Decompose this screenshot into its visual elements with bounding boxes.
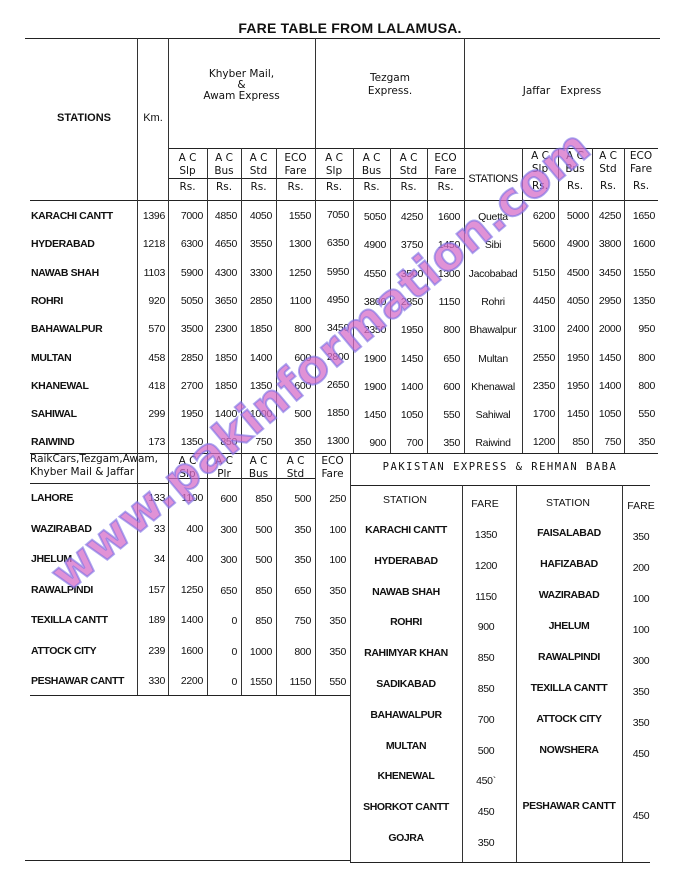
pe-station-right: WAZIRABAD xyxy=(516,589,622,601)
class-header-line: A C xyxy=(315,152,353,165)
currency-label: Rs. xyxy=(241,181,276,194)
khyber-mail-header: Khyber Mail, & Awam Express xyxy=(170,68,313,103)
currency-label: Rs. xyxy=(592,180,624,193)
north-fare: 500 xyxy=(241,524,272,536)
north-class-header: A CStd xyxy=(276,455,315,481)
khyber-fare: 1950 xyxy=(168,408,203,420)
jaffar-station: Raiwind xyxy=(464,437,522,449)
tezgam-fare: 7050 xyxy=(315,209,349,221)
tezgam-fare: 1050 xyxy=(390,409,423,421)
header-line: Express. xyxy=(315,85,465,98)
header-line: & xyxy=(170,81,313,90)
tezgam-fare: 4900 xyxy=(353,239,386,251)
km-value: 458 xyxy=(137,352,165,364)
jaffar-fare: 1550 xyxy=(624,267,655,279)
north-fare: 350 xyxy=(315,615,346,627)
tezgam-fare: 1600 xyxy=(427,211,460,223)
pe-station-left: BAHAWALPUR xyxy=(350,709,462,721)
currency-label: Rs. xyxy=(624,180,658,193)
jaffar-fare: 5000 xyxy=(558,210,589,222)
khyber-fare: 1400 xyxy=(207,408,237,420)
jaffar-fare: 4050 xyxy=(558,295,589,307)
km-value: 33 xyxy=(137,523,165,535)
pe-fare-left: 1200 xyxy=(462,560,510,572)
km-value: 133 xyxy=(137,492,165,504)
pe-fare-left: 1150 xyxy=(462,591,510,603)
tezgam-fare: 4950 xyxy=(315,294,349,306)
khyber-fare: 1000 xyxy=(241,408,272,420)
jaffar-fare: 2950 xyxy=(592,295,621,307)
table-row: ATTOCK CITY239160001000800350 xyxy=(0,645,350,665)
khyber-fare: 1350 xyxy=(168,436,203,448)
khyber-fare: 3500 xyxy=(168,323,203,335)
horizontal-rule xyxy=(350,485,650,486)
north-fare: 1250 xyxy=(168,584,203,596)
pe-station-right: TEXILLA CANTT xyxy=(516,682,622,694)
north-fare: 300 xyxy=(207,554,237,566)
khyber-fare: 1850 xyxy=(241,323,272,335)
pe-station-left: GOJRA xyxy=(350,832,462,844)
khyber-fare: 4850 xyxy=(207,210,237,222)
table-row: KHANEWAL41827001850135060026501900140060… xyxy=(0,380,700,400)
khyber-fare: 1550 xyxy=(276,210,311,222)
pakistan-express-header: PAKISTAN EXPRESS & REHMAN BABA xyxy=(350,461,650,473)
station-name: HYDERABAD xyxy=(31,238,95,250)
khyber-fare: 4650 xyxy=(207,238,237,250)
north-fare: 1600 xyxy=(168,645,203,657)
class-header-line: Bus xyxy=(207,165,241,178)
class-header-line: Bus xyxy=(558,163,592,176)
north-fare: 1150 xyxy=(276,676,311,688)
class-header: ECOFare xyxy=(276,152,315,178)
class-header-line: A C xyxy=(522,150,558,163)
pe-station-right: HAFIZABAD xyxy=(516,558,622,570)
class-header: ECOFare xyxy=(624,150,658,176)
stations-header: STATIONS xyxy=(40,112,128,124)
tezgam-fare: 5950 xyxy=(315,266,349,278)
khyber-fare: 3550 xyxy=(241,238,272,250)
jaffar-station: Quetta xyxy=(464,211,522,223)
tezgam-fare: 3800 xyxy=(353,296,386,308)
khyber-fare: 1850 xyxy=(207,352,237,364)
khyber-fare: 2850 xyxy=(168,352,203,364)
north-fare: 800 xyxy=(276,646,311,658)
currency-label: Rs. xyxy=(315,181,353,194)
currency-label: Rs. xyxy=(390,181,427,194)
pe-station-right: NOWSHERA xyxy=(516,744,622,756)
tezgam-fare: 1450 xyxy=(427,239,460,251)
class-header-line: ECO xyxy=(315,455,350,468)
jaffar-fare: 2400 xyxy=(558,323,589,335)
pe-fare-right: 350 xyxy=(622,717,660,729)
class-header: A CSlp xyxy=(315,152,353,178)
km-value: 157 xyxy=(137,584,165,596)
tezgam-fare: 3750 xyxy=(390,239,423,251)
khyber-fare: 600 xyxy=(276,380,311,392)
pe-fare-left: 1350 xyxy=(462,529,510,541)
pe-station-left: HYDERABAD xyxy=(350,555,462,567)
jaffar-station: Rohri xyxy=(464,296,522,308)
north-fare: 650 xyxy=(207,585,237,597)
jaffar-station: Multan xyxy=(464,353,522,365)
class-header-line: Slp xyxy=(168,165,207,178)
tezgam-fare: 700 xyxy=(390,437,423,449)
pe-station-header-left: STATION xyxy=(350,494,460,506)
station-name: JHELUM xyxy=(31,553,72,565)
jaffar-fare: 1600 xyxy=(624,238,655,250)
pe-station-left: NAWAB SHAH xyxy=(350,586,462,598)
jaffar-fare: 1650 xyxy=(624,210,655,222)
station-name: MULTAN xyxy=(31,352,71,364)
jaffar-fare: 1400 xyxy=(592,380,621,392)
tezgam-fare: 900 xyxy=(353,437,386,449)
table-row: TEXILLA CANTT18914000850750350 xyxy=(0,614,350,634)
khyber-fare: 1400 xyxy=(241,352,272,364)
currency-label: Rs. xyxy=(276,181,315,194)
jaffar-fare: 4250 xyxy=(592,210,621,222)
km-value: 34 xyxy=(137,553,165,565)
header-line: Khyber Mail & Jaffar xyxy=(30,466,190,479)
km-value: 299 xyxy=(137,408,165,420)
table-row: HYDERABAD1218630046503550130063504900375… xyxy=(0,238,700,258)
north-fare: 350 xyxy=(315,585,346,597)
north-fare: 0 xyxy=(207,615,237,627)
table-row: LAHORE1331100600850500250 xyxy=(0,492,350,512)
class-header-line: A C xyxy=(558,150,592,163)
pe-station-header-right: STATION xyxy=(515,497,621,509)
horizontal-rule xyxy=(25,860,350,861)
khyber-fare: 4050 xyxy=(241,210,272,222)
class-header: A CBus xyxy=(207,152,241,178)
km-value: 570 xyxy=(137,323,165,335)
table-row: RAWALPINDI1571250650850650350 xyxy=(0,584,350,604)
north-fare: 0 xyxy=(207,646,237,658)
class-header-line: Slp xyxy=(315,165,353,178)
khyber-fare: 2300 xyxy=(207,323,237,335)
station-name: RAWALPINDI xyxy=(31,584,93,596)
khyber-fare: 2850 xyxy=(241,295,272,307)
table-row: PESHAWAR CANTT3302200015501150550 xyxy=(0,675,350,695)
table-row: BAHAWALPUR570350023001850800345023501950… xyxy=(0,323,700,343)
tezgam-fare: 1400 xyxy=(390,381,423,393)
north-fare: 400 xyxy=(168,523,203,535)
north-class-header: ECOFare xyxy=(315,455,350,481)
jaffar-station: Jacobabad xyxy=(464,268,522,280)
station-name: PESHAWAR CANTT xyxy=(31,675,124,687)
horizontal-rule xyxy=(25,38,660,39)
jaffar-station: Bhawalpur xyxy=(464,324,522,336)
khyber-fare: 5050 xyxy=(168,295,203,307)
station-name: LAHORE xyxy=(31,492,73,504)
pe-station-right: JHELUM xyxy=(516,620,622,632)
pe-fare-left: 700 xyxy=(462,714,510,726)
km-header: Km. xyxy=(138,112,168,124)
station-name: KARACHI CANTT xyxy=(31,210,113,222)
currency-label: Rs. xyxy=(522,180,558,193)
class-header-line: Fare xyxy=(427,165,464,178)
north-fare: 550 xyxy=(315,676,346,688)
khyber-fare: 750 xyxy=(241,436,272,448)
station-name: KHANEWAL xyxy=(31,380,88,392)
pe-fare-left: 850 xyxy=(462,652,510,664)
pe-fare-right: 300 xyxy=(622,655,660,667)
jaffar-fare: 550 xyxy=(624,408,655,420)
khyber-fare: 5900 xyxy=(168,267,203,279)
khyber-fare: 350 xyxy=(276,436,311,448)
class-header-line: A C xyxy=(168,455,207,468)
tezgam-fare: 800 xyxy=(427,324,460,336)
horizontal-rule xyxy=(30,200,658,201)
table-row: SAHIWAL299195014001000500185014501050550… xyxy=(0,408,700,428)
jaffar-fare: 750 xyxy=(592,436,621,448)
north-table-header: RaikCars,Tezgam,Awam, Khyber Mail & Jaff… xyxy=(30,453,190,479)
jaffar-fare: 4500 xyxy=(558,267,589,279)
tezgam-fare: 6350 xyxy=(315,237,349,249)
jaffar-fare: 1450 xyxy=(558,408,589,420)
tezgam-fare: 1450 xyxy=(353,409,386,421)
pe-fare-left: 450 xyxy=(462,806,510,818)
jaffar-fare: 3800 xyxy=(592,238,621,250)
tezgam-fare: 2850 xyxy=(390,296,423,308)
class-header-line: A C xyxy=(207,152,241,165)
jaffar-fare: 2550 xyxy=(522,352,555,364)
jaffar-fare: 350 xyxy=(624,436,655,448)
jaffar-fare: 5150 xyxy=(522,267,555,279)
class-header-line: Std xyxy=(241,165,276,178)
class-header-line: Plr xyxy=(207,468,241,481)
currency-label: Rs. xyxy=(168,181,207,194)
class-header-line: ECO xyxy=(427,152,464,165)
khyber-fare: 7000 xyxy=(168,210,203,222)
north-fare: 400 xyxy=(168,553,203,565)
north-fare: 300 xyxy=(207,524,237,536)
jaffar-fare: 800 xyxy=(624,380,655,392)
class-header: A CBus xyxy=(558,150,592,176)
khyber-fare: 6300 xyxy=(168,238,203,250)
km-value: 1103 xyxy=(137,267,165,279)
class-header-line: Fare xyxy=(624,163,658,176)
station-name: NAWAB SHAH xyxy=(31,267,99,279)
jaffar-fare: 4450 xyxy=(522,295,555,307)
khyber-fare: 3300 xyxy=(241,267,272,279)
khyber-fare: 500 xyxy=(276,408,311,420)
station-name: RAIWIND xyxy=(31,436,74,448)
jaffar-fare: 1950 xyxy=(558,380,589,392)
khyber-fare: 1850 xyxy=(207,380,237,392)
north-class-header: A CSlp xyxy=(168,455,207,481)
jaffar-fare: 1950 xyxy=(558,352,589,364)
north-fare: 850 xyxy=(241,493,272,505)
pe-fare-left: 900 xyxy=(462,621,510,633)
tezgam-fare: 3450 xyxy=(315,322,349,334)
class-header: A CBus xyxy=(353,152,390,178)
north-fare: 350 xyxy=(276,524,311,536)
km-value: 920 xyxy=(137,295,165,307)
class-header-line: A C xyxy=(276,455,315,468)
station-name: WAZIRABAD xyxy=(31,523,92,535)
tezgam-fare: 1450 xyxy=(390,353,423,365)
pe-station-left: MULTAN xyxy=(350,740,462,752)
class-header: A CStd xyxy=(241,152,276,178)
jaffar-fare: 3100 xyxy=(522,323,555,335)
jaffar-fare: 6200 xyxy=(522,210,555,222)
class-header-line: Fare xyxy=(315,468,350,481)
km-value: 189 xyxy=(137,614,165,626)
class-header-line: Bus xyxy=(353,165,390,178)
class-header-line: A C xyxy=(241,455,276,468)
tezgam-fare: 1300 xyxy=(315,435,349,447)
station-name: SAHIWAL xyxy=(31,408,77,420)
tezgam-fare: 3500 xyxy=(390,268,423,280)
north-fare: 1100 xyxy=(168,492,203,504)
tezgam-fare: 600 xyxy=(427,381,460,393)
jaffar-fare: 2000 xyxy=(592,323,621,335)
north-class-header: A CBus xyxy=(241,455,276,481)
km-value: 1396 xyxy=(137,210,165,222)
pe-fare-header-left: FARE xyxy=(462,498,508,510)
class-header-line: Bus xyxy=(241,468,276,481)
khyber-fare: 1350 xyxy=(241,380,272,392)
class-header-line: A C xyxy=(390,152,427,165)
jaffar-fare: 1350 xyxy=(624,295,655,307)
table-row: JHELUM34400300500350100 xyxy=(0,553,350,573)
km-value: 418 xyxy=(137,380,165,392)
class-header-line: Std xyxy=(592,163,624,176)
tezgam-fare: 1150 xyxy=(427,296,460,308)
station-name: BAHAWALPUR xyxy=(31,323,102,335)
jaffar-header: Jaffar Express xyxy=(467,85,657,98)
khyber-fare: 800 xyxy=(276,323,311,335)
currency-label: Rs. xyxy=(427,181,464,194)
class-header: A CStd xyxy=(592,150,624,176)
khyber-fare: 850 xyxy=(207,436,237,448)
north-fare: 250 xyxy=(315,493,346,505)
tezgam-fare: 550 xyxy=(427,409,460,421)
class-header-line: ECO xyxy=(276,152,315,165)
tezgam-fare: 350 xyxy=(427,437,460,449)
north-fare: 1400 xyxy=(168,614,203,626)
pe-fare-left: 850 xyxy=(462,683,510,695)
tezgam-fare: 1900 xyxy=(353,353,386,365)
tezgam-fare: 2350 xyxy=(353,324,386,336)
class-header-line: Slp xyxy=(168,468,207,481)
horizontal-rule xyxy=(30,695,350,696)
khyber-fare: 4300 xyxy=(207,267,237,279)
pe-station-left: ROHRI xyxy=(350,616,462,628)
tezgam-fare: 1850 xyxy=(315,407,349,419)
table-row: MULTAN458285018501400600280019001450650M… xyxy=(0,352,700,372)
pe-station-right: PESHAWAR CANTT xyxy=(516,800,622,812)
table-row: ROHRI92050503650285011004950380028501150… xyxy=(0,295,700,315)
km-value: 239 xyxy=(137,645,165,657)
khyber-fare: 1100 xyxy=(276,295,311,307)
station-name: ROHRI xyxy=(31,295,63,307)
pe-station-left: KHENEWAL xyxy=(350,770,462,782)
km-value: 1218 xyxy=(137,238,165,250)
north-fare: 350 xyxy=(276,554,311,566)
pe-fare-left: 350 xyxy=(462,837,510,849)
class-header-line: A C xyxy=(592,150,624,163)
pe-fare-right: 100 xyxy=(622,624,660,636)
class-header: ECOFare xyxy=(427,152,464,178)
jaffar-fare: 1200 xyxy=(522,436,555,448)
table-row: WAZIRABAD33400300500350100 xyxy=(0,523,350,543)
jaffar-station: Khenawal xyxy=(464,381,522,393)
km-value: 173 xyxy=(137,436,165,448)
north-fare: 1000 xyxy=(241,646,272,658)
table-row: KARACHI CANTT139670004850405015507050505… xyxy=(0,210,700,230)
class-header-line: Slp xyxy=(522,163,558,176)
tezgam-fare: 1900 xyxy=(353,381,386,393)
pe-fare-header-right: FARE xyxy=(623,500,659,512)
tezgam-fare: 4250 xyxy=(390,211,423,223)
horizontal-rule xyxy=(350,862,650,863)
class-header-line: A C xyxy=(241,152,276,165)
class-header-line: A C xyxy=(207,455,241,468)
khyber-fare: 1250 xyxy=(276,267,311,279)
currency-label: Rs. xyxy=(558,180,592,193)
pe-fare-right: 450 xyxy=(622,748,660,760)
jaffar-fare: 1050 xyxy=(592,408,621,420)
class-header-line: Fare xyxy=(276,165,315,178)
khyber-fare: 600 xyxy=(276,352,311,364)
tezgam-fare: 1950 xyxy=(390,324,423,336)
station-name: ATTOCK CITY xyxy=(31,645,96,657)
horizontal-rule xyxy=(30,483,168,484)
north-fare: 500 xyxy=(241,554,272,566)
class-header-line: Std xyxy=(390,165,427,178)
class-header-line: ECO xyxy=(624,150,658,163)
pe-station-left: SHORKOT CANTT xyxy=(350,801,462,813)
north-fare: 0 xyxy=(207,676,237,688)
tezgam-fare: 2800 xyxy=(315,351,349,363)
khyber-fare: 2700 xyxy=(168,380,203,392)
north-fare: 100 xyxy=(315,524,346,536)
north-fare: 500 xyxy=(276,493,311,505)
jaffar-fare: 2350 xyxy=(522,380,555,392)
pe-fare-right: 100 xyxy=(622,593,660,605)
pe-station-left: SADIKABAD xyxy=(350,678,462,690)
pe-station-right: ATTOCK CITY xyxy=(516,713,622,725)
jaffar-fare: 800 xyxy=(624,352,655,364)
pe-fare-left: 450` xyxy=(462,775,510,787)
jaffar-fare: 950 xyxy=(624,323,655,335)
north-fare: 100 xyxy=(315,554,346,566)
class-header: A CStd xyxy=(390,152,427,178)
header-line: RaikCars,Tezgam,Awam, xyxy=(30,453,190,466)
pe-fare-right: 450 xyxy=(622,810,660,822)
class-header: A CSlp xyxy=(168,152,207,178)
north-fare: 1550 xyxy=(241,676,272,688)
pe-station-left: RAHIMYAR KHAN xyxy=(350,647,462,659)
pe-station-right: FAISALABAD xyxy=(516,527,622,539)
class-header: A CSlp xyxy=(522,150,558,176)
north-fare: 350 xyxy=(315,646,346,658)
tezgam-fare: 5050 xyxy=(353,211,386,223)
north-fare: 2200 xyxy=(168,675,203,687)
jaffar-station: Sahiwal xyxy=(464,409,522,421)
pe-fare-right: 200 xyxy=(622,562,660,574)
tezgam-fare: 1300 xyxy=(427,268,460,280)
jaffar-fare: 5600 xyxy=(522,238,555,250)
tezgam-fare: 650 xyxy=(427,353,460,365)
north-class-header: A CPlr xyxy=(207,455,241,481)
tezgam-header: Tezgam Express. xyxy=(315,72,465,98)
class-header-line: A C xyxy=(168,152,207,165)
north-fare: 650 xyxy=(276,585,311,597)
jaffar-fare: 4900 xyxy=(558,238,589,250)
station-name: TEXILLA CANTT xyxy=(31,614,108,626)
